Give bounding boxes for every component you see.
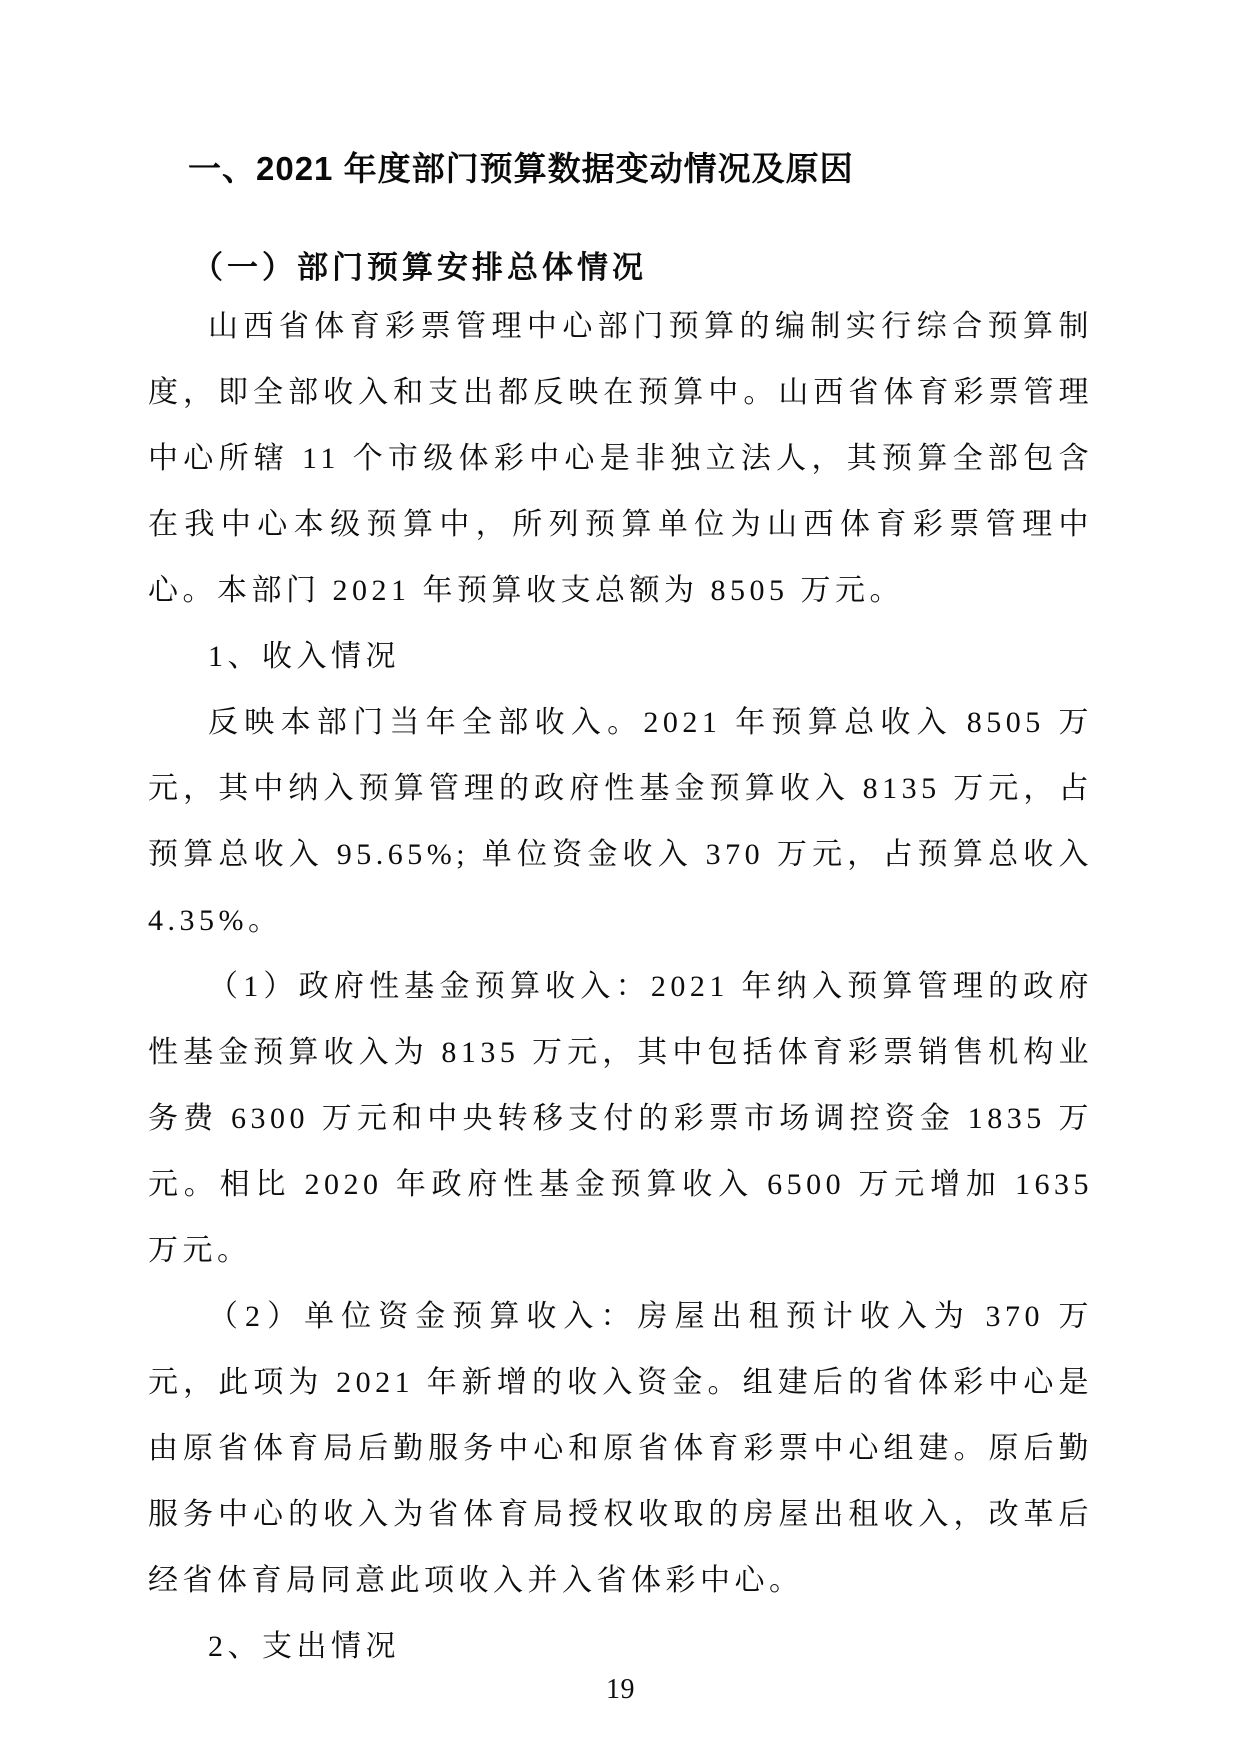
paragraph-gov-fund-income: （1）政府性基金预算收入：2021 年纳入预算管理的政府性基金预算收入为 813… — [148, 954, 1093, 1284]
paragraph-expenditure-heading: 2、支出情况 — [148, 1614, 1093, 1680]
document-body: 山西省体育彩票管理中心部门预算的编制实行综合预算制度，即全部收入和支出都反映在预… — [148, 294, 1093, 1680]
page-number: 19 — [0, 1674, 1241, 1706]
document-page: 一、2021 年度部门预算数据变动情况及原因 （一）部门预算安排总体情况 山西省… — [0, 0, 1241, 1754]
paragraph-unit-fund-income: （2）单位资金预算收入：房屋出租预计收入为 370 万元，此项为 2021 年新… — [148, 1284, 1093, 1614]
document-title: 一、2021 年度部门预算数据变动情况及原因 — [148, 146, 1093, 192]
paragraph-income-summary: 反映本部门当年全部收入。2021 年预算总收入 8505 万元，其中纳入预算管理… — [148, 690, 1093, 954]
paragraph-income-heading: 1、收入情况 — [148, 624, 1093, 690]
section-heading: （一）部门预算安排总体情况 — [148, 246, 1093, 290]
paragraph-overview: 山西省体育彩票管理中心部门预算的编制实行综合预算制度，即全部收入和支出都反映在预… — [148, 294, 1093, 624]
